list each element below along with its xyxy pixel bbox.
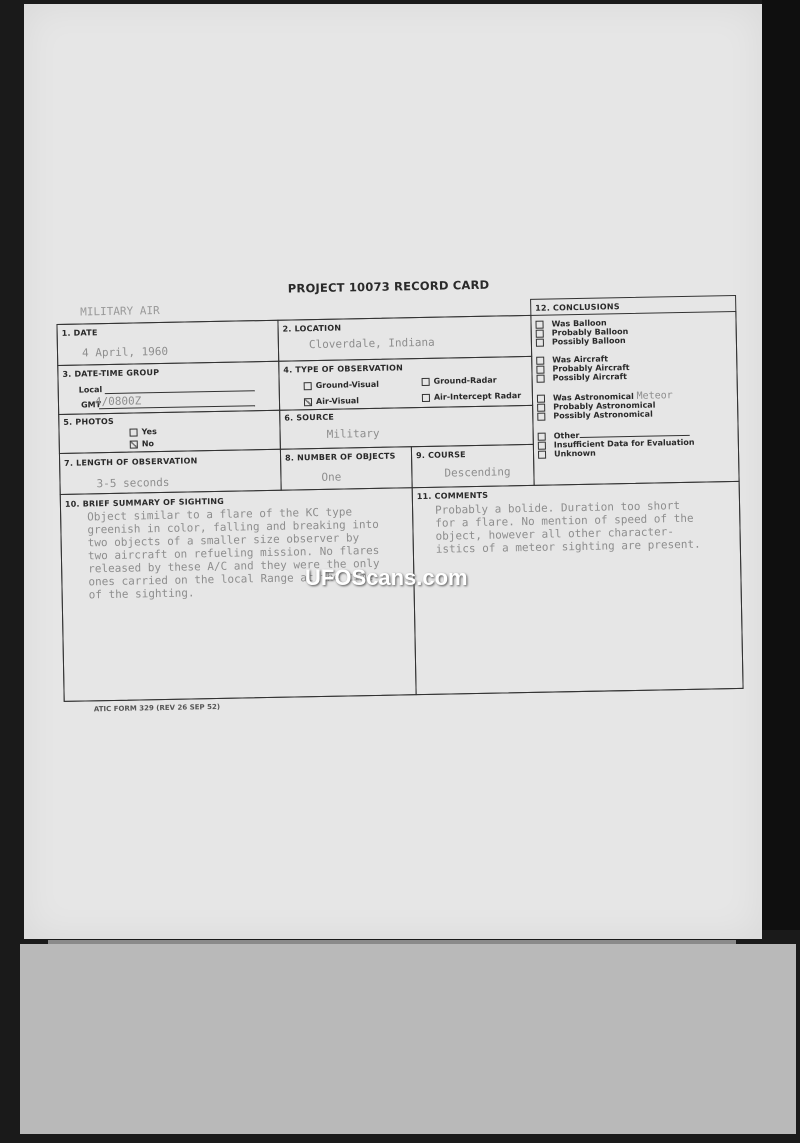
field-length-of-observation: 7. LENGTH OF OBSERVATION 3-5 seconds <box>59 449 282 495</box>
option-air-visual: Air-Visual <box>304 396 359 406</box>
option-ground-visual: Ground-Visual <box>304 380 379 390</box>
backing-sheet <box>20 944 796 1134</box>
checkbox-icon <box>538 450 546 458</box>
course-value: Descending <box>444 465 510 479</box>
checkbox-icon <box>536 365 544 373</box>
conclusion-possibly-aircraft: Possibly Aircraft <box>537 372 628 383</box>
field-type-of-observation: 4. TYPE OF OBSERVATION Ground-Visual Gro… <box>278 356 533 411</box>
card-title: PROJECT 10073 RECORD CARD <box>288 278 490 296</box>
checkbox-icon <box>538 441 546 449</box>
field-course: 9. COURSE Descending <box>411 444 535 488</box>
checked-box-icon <box>130 440 138 448</box>
checkbox-icon <box>129 428 137 436</box>
gmt-value: 4/0800Z <box>95 394 142 408</box>
length-value: 3-5 seconds <box>96 476 169 490</box>
field-conclusions: 12. CONCLUSIONS Was Balloon Probably Bal… <box>530 295 740 486</box>
stamp-military-air: MILITARY AIR <box>80 304 160 319</box>
option-photos-yes: Yes <box>129 427 156 437</box>
checkbox-icon <box>536 329 544 337</box>
checkbox-icon <box>535 320 543 328</box>
field-photos: 5. PHOTOS Yes No <box>58 410 281 454</box>
checkbox-icon <box>536 338 544 346</box>
field-date-time-group: 3. DATE-TIME GROUP Local GMT 4/0800Z <box>57 361 280 415</box>
checkbox-icon <box>537 394 545 402</box>
comments-text: Probably a bolide. Duration too short fo… <box>435 499 701 556</box>
option-air-intercept-radar: Air-Intercept Radar <box>422 391 521 402</box>
checkbox-icon <box>537 403 545 411</box>
checkbox-icon <box>422 377 430 385</box>
checkbox-icon <box>537 412 545 420</box>
film-edge <box>762 0 800 930</box>
conclusion-possibly-astronomical: Possibly Astronomical <box>537 410 653 421</box>
conclusion-possibly-balloon: Possibly Balloon <box>536 336 626 347</box>
field-brief-summary: 10. BRIEF SUMMARY OF SIGHTING Object sim… <box>60 487 417 702</box>
conclusion-unknown: Unknown <box>538 449 596 459</box>
watermark: UFOScans.com <box>305 565 468 591</box>
field-source: 6. SOURCE Military <box>279 405 534 450</box>
date-value: 4 April, 1960 <box>82 345 168 360</box>
checkbox-icon <box>537 374 545 382</box>
option-photos-no: No <box>130 439 154 448</box>
option-ground-radar: Ground-Radar <box>422 376 497 386</box>
checkbox-icon <box>536 356 544 364</box>
number-value: One <box>321 471 341 484</box>
checkbox-icon <box>422 393 430 401</box>
record-card: PROJECT 10073 RECORD CARD MILITARY AIR 1… <box>56 287 744 700</box>
conclusion-insufficient-data: Insufficient Data for Evaluation <box>538 438 695 450</box>
checkbox-icon <box>538 432 546 440</box>
field-location: 2. LOCATION Cloverdale, Indiana <box>277 315 532 362</box>
checked-box-icon <box>304 398 312 406</box>
field-date: 1. DATE 4 April, 1960 <box>56 320 279 366</box>
source-value: Military <box>327 427 380 441</box>
checkbox-icon <box>304 382 312 390</box>
location-value: Cloverdale, Indiana <box>309 336 435 351</box>
field-number-of-objects: 8. NUMBER OF OBJECTS One <box>280 446 413 491</box>
